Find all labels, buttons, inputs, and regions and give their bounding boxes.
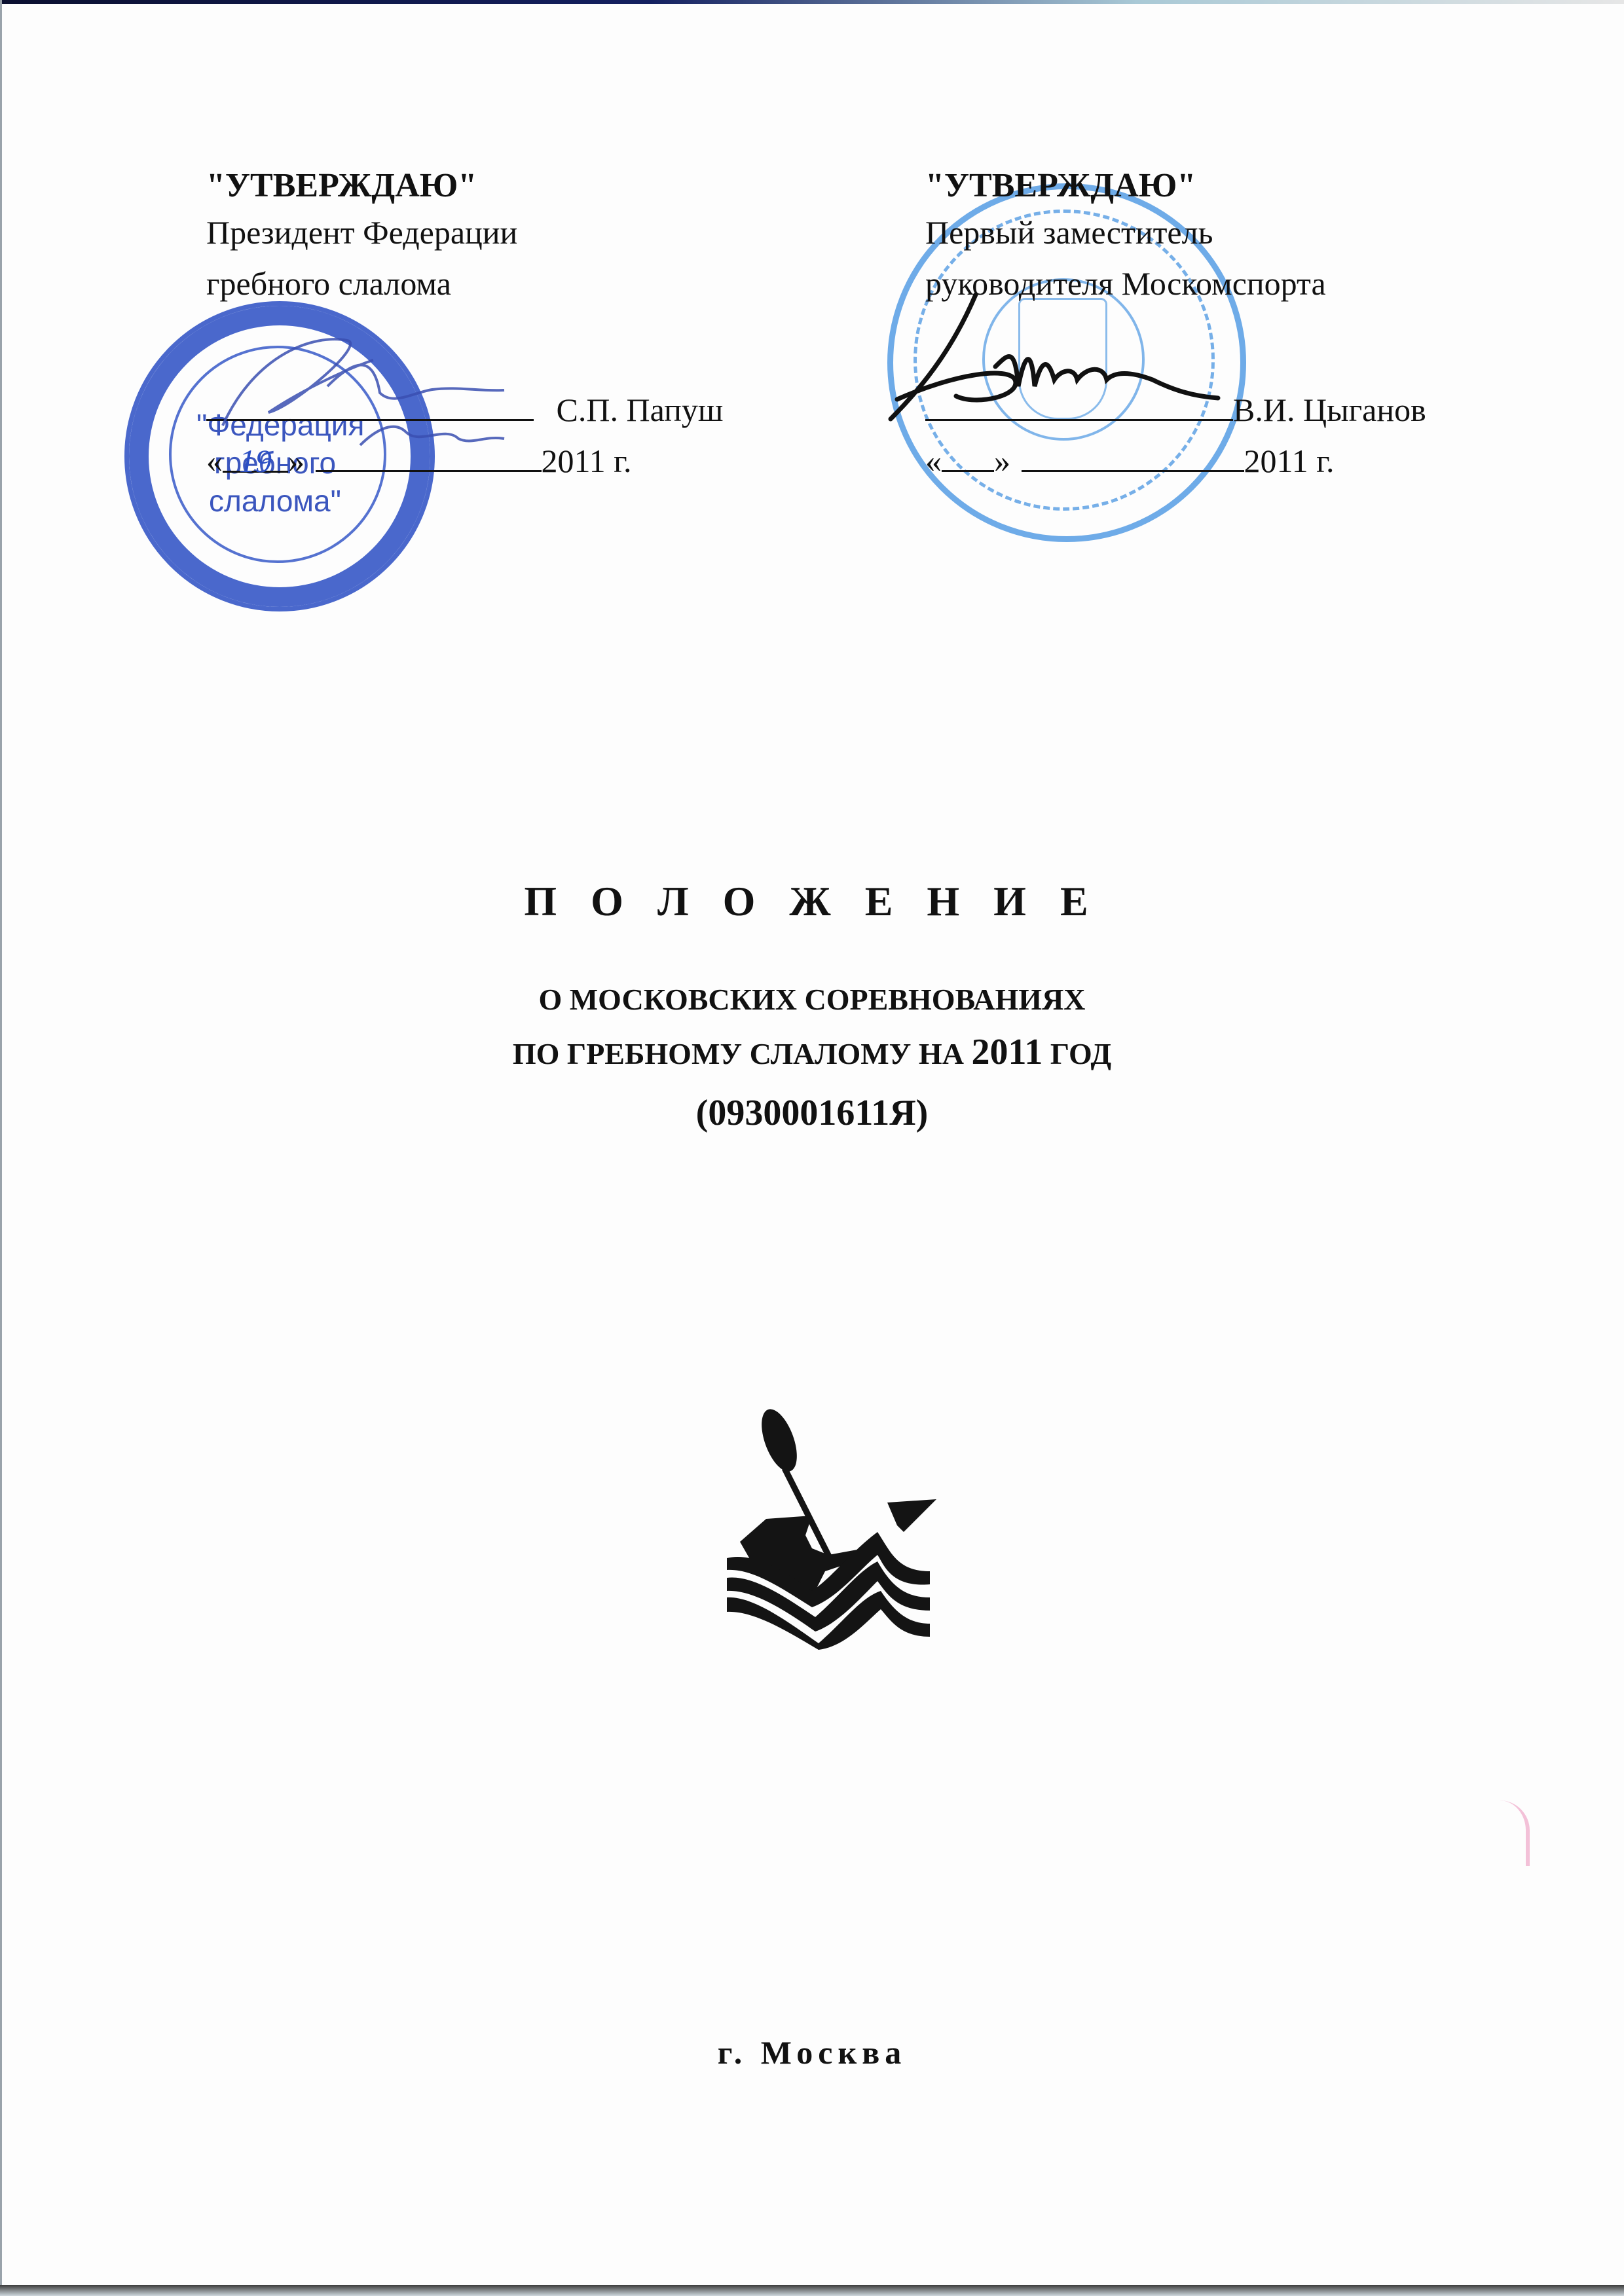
approver-position-line1: Президент Федерации xyxy=(206,216,517,249)
ink-smudge xyxy=(1500,1800,1530,1866)
approver-position-line2: руководителя Москомспорта xyxy=(925,267,1326,300)
document-title: П О Л О Ж Е Н И Е xyxy=(0,877,1624,926)
approval-heading: "УТВЕРЖДАЮ" xyxy=(925,169,1196,203)
date-row: «» 2011 г. xyxy=(925,444,1335,477)
date-row: «19» 2011 г. xyxy=(206,444,632,477)
signature-line xyxy=(206,393,534,421)
approval-heading: "УТВЕРЖДАЮ" xyxy=(206,169,477,203)
date-month-line xyxy=(316,444,542,472)
document-code: (0930001611Я) xyxy=(0,1092,1624,1134)
signature-line xyxy=(925,393,1233,421)
document-subtitle-line2: ПО ГРЕБНОМУ СЛАЛОМУ НА 2011 ГОД xyxy=(0,1031,1624,1073)
signature-row: С.П. Папуш xyxy=(206,393,723,426)
scan-edge-left xyxy=(0,0,2,2296)
signatory-name: С.П. Папуш xyxy=(557,392,724,428)
document-city: г. Москва xyxy=(0,2033,1624,2071)
canoe-slalom-logo-icon xyxy=(714,1401,950,1650)
approver-position-line2: гребного слалома xyxy=(206,267,451,300)
document-subtitle-line1: О МОСКОВСКИХ СОРЕВНОВАНИЯХ xyxy=(0,982,1624,1017)
date-day: 19 xyxy=(223,445,288,473)
date-year: 2011 г. xyxy=(1244,443,1335,479)
signatory-name: В.И. Цыганов xyxy=(1233,392,1426,428)
signature-row: В.И. Цыганов xyxy=(925,393,1426,426)
scan-edge-top xyxy=(0,0,1624,4)
scan-edge-bottom xyxy=(0,2285,1624,2296)
approver-position-line1: Первый заместитель xyxy=(925,216,1213,249)
date-year: 2011 г. xyxy=(542,443,632,479)
date-month-line xyxy=(1022,444,1244,472)
date-day xyxy=(942,444,994,472)
